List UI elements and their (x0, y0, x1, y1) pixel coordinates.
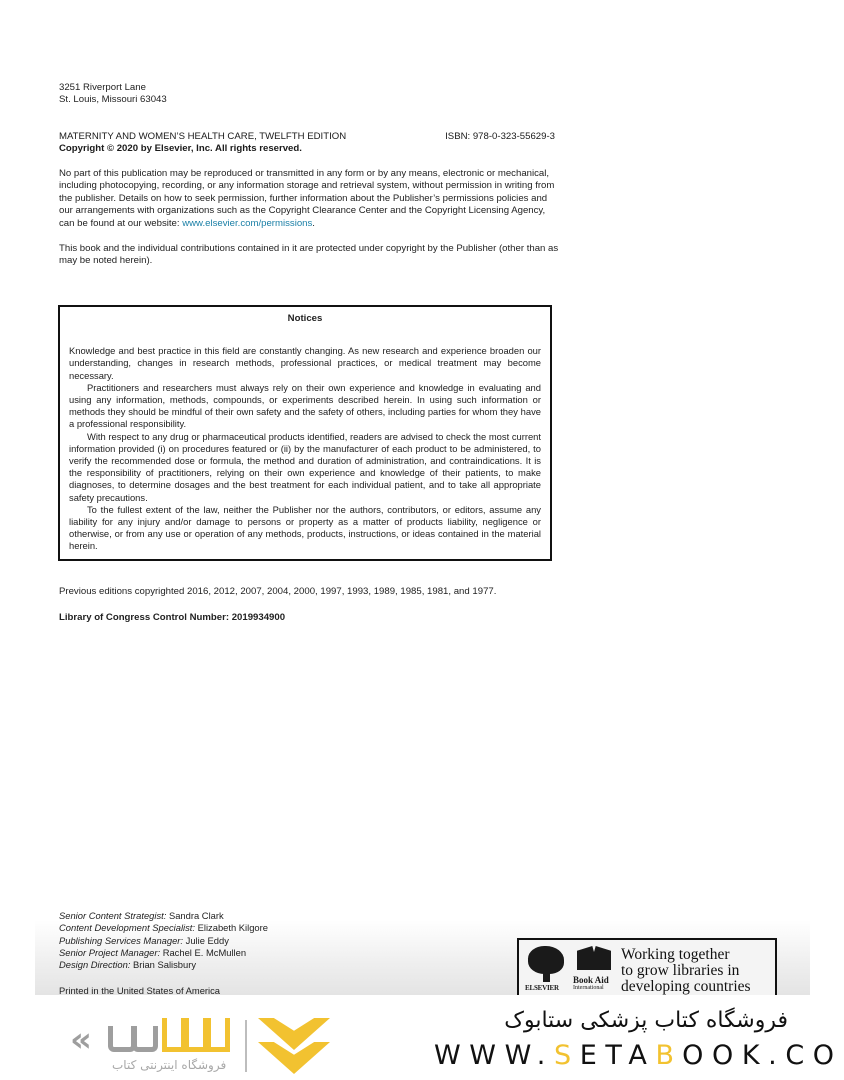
setabook-logo: « فروشگاه اینترنتی کتاب (70, 1018, 250, 1078)
rights-paragraph: No part of this publication may be repro… (59, 168, 559, 230)
logo-subtitle: فروشگاه اینترنتی کتاب (112, 1058, 226, 1072)
url-part-accent: B (655, 1040, 682, 1071)
book-aid-sub: International (573, 984, 609, 992)
book-title-block: MATERNITY AND WOMEN’S HEALTH CARE, TWELF… (59, 131, 555, 156)
logo-divider (245, 1020, 247, 1072)
slogan-line: Working together (621, 947, 751, 963)
url-part: OOK.COM (682, 1040, 844, 1071)
double-chevron-icon: « (70, 1020, 86, 1060)
slogan-line: to grow libraries in (621, 963, 751, 979)
rights-suffix: . (312, 218, 315, 229)
setabook-url[interactable]: WWW.SETABOOK.COM (434, 1040, 844, 1071)
notices-box: Notices Knowledge and best practice in t… (58, 305, 552, 561)
credit-row: Publishing Services Manager: Julie Eddy (59, 935, 268, 947)
previous-editions: Previous editions copyrighted 2016, 2012… (59, 586, 496, 598)
publisher-address: 3251 Riverport Lane St. Louis, Missouri … (59, 82, 167, 107)
notice-paragraph: To the fullest extent of the law, neithe… (69, 504, 541, 553)
protected-paragraph: This book and the individual contributio… (59, 243, 559, 268)
notice-paragraph: Practitioners and researchers must alway… (69, 382, 541, 431)
book-aid-logo: Book AidInternational (573, 944, 615, 992)
printed-in: Printed in the United States of America (59, 985, 220, 995)
notice-paragraph: Knowledge and best practice in this fiel… (69, 345, 541, 382)
url-part-accent: S (554, 1040, 580, 1071)
url-part: WWW. (434, 1040, 554, 1071)
credit-row: Design Direction: Brian Salisbury (59, 959, 268, 971)
notice-paragraph: With respect to any drug or pharmaceutic… (69, 431, 541, 504)
credits-list: Senior Content Strategist: Sandra Clark … (59, 910, 268, 971)
copyright-line: Copyright © 2020 by Elsevier, Inc. All r… (59, 143, 555, 155)
open-book-icon (577, 946, 611, 970)
isbn: ISBN: 978-0-323-55629-3 (445, 131, 555, 143)
elsevier-label: ELSEVIER (525, 984, 559, 992)
book-aid-banner: ELSEVIER Book AidInternational Working t… (517, 938, 777, 995)
address-line-1: 3251 Riverport Lane (59, 82, 167, 94)
credit-row: Senior Project Manager: Rachel E. McMull… (59, 947, 268, 959)
permissions-link[interactable]: www.elsevier.com/permissions (182, 218, 312, 229)
setabook-wordmark (108, 1018, 238, 1054)
credit-row: Senior Content Strategist: Sandra Clark (59, 910, 268, 922)
slogan-line: developing countries (621, 979, 751, 995)
chevron-s-icon (258, 1018, 330, 1076)
book-aid-slogan: Working together to grow libraries in de… (621, 947, 751, 995)
persian-store-title: فروشگاه کتاب پزشکی ستابوک (504, 1008, 788, 1033)
loc-control-number: Library of Congress Control Number: 2019… (59, 612, 285, 624)
credit-row: Content Development Specialist: Elizabet… (59, 922, 268, 934)
address-line-2: St. Louis, Missouri 63043 (59, 94, 167, 106)
elsevier-tree-logo: ELSEVIER (525, 944, 567, 992)
notices-heading: Notices (69, 313, 541, 325)
url-part: ETA (580, 1040, 656, 1071)
